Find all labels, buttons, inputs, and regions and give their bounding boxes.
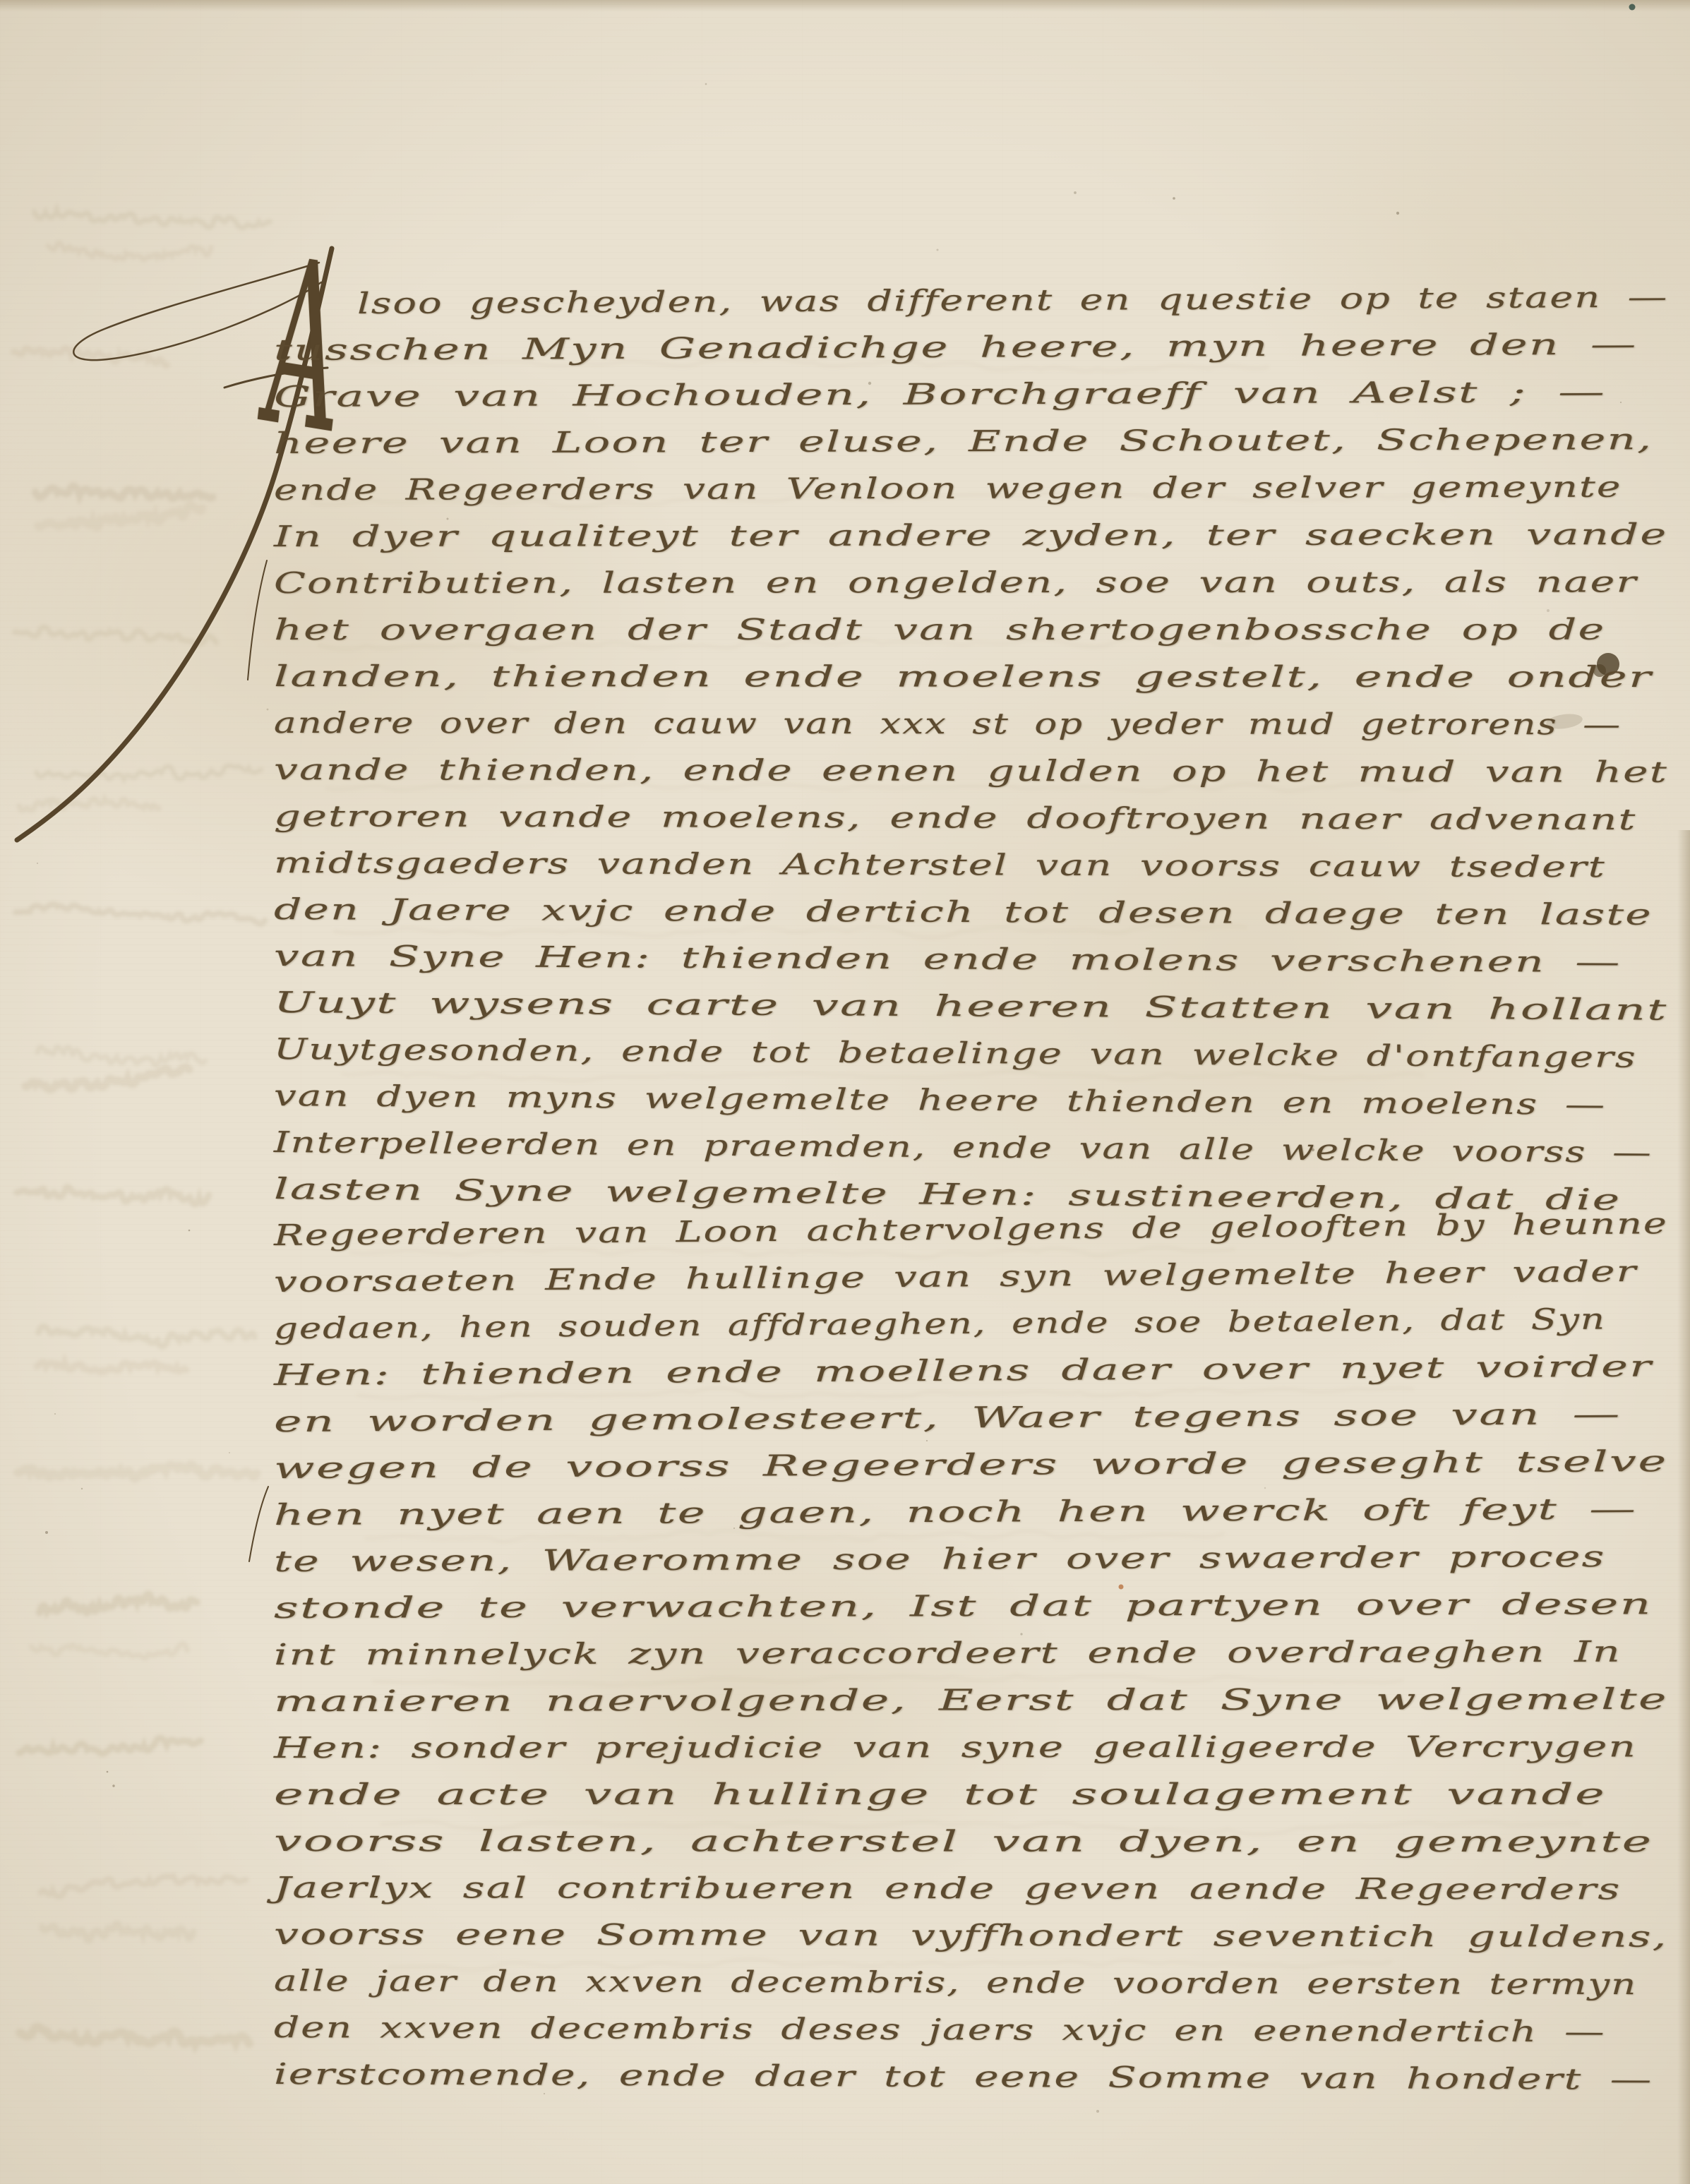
ghost-script-stroke — [37, 765, 262, 779]
paper-speck — [54, 1413, 56, 1415]
paper-speck — [267, 709, 269, 711]
manuscript-line: Hen: sonder prejudicie van syne geallige… — [274, 1724, 1212, 1771]
manuscript-line-text: stonde te verwachten, Ist dat partyen ov… — [274, 1580, 1653, 1631]
manuscript-line: voorss lasten, achterstel van dyen, en g… — [274, 1818, 1086, 1865]
leadin-flourish-1 — [248, 560, 267, 680]
manuscript-line-text: van dyen myns welgemelte heere thienden … — [274, 1072, 1607, 1128]
manuscript-line-text: ende Regeerders van Venloon wegen der se… — [274, 464, 1622, 513]
manuscript-line: ierstcomende, ende daer tot eene Somme v… — [274, 2051, 1240, 2101]
manuscript-line-text: Grave van Hochouden, Borchgraeff van Ael… — [274, 368, 1606, 420]
manuscript-line: Grave van Hochouden, Borchgraeff van Ael… — [274, 371, 1109, 420]
manuscript-line-text: en worden gemolesteert, Waer tegens soe … — [274, 1391, 1622, 1445]
ghost-script-stroke — [41, 1876, 246, 1897]
manuscript-line: vande thienden, ende eenen gulden op het… — [274, 746, 1230, 795]
manuscript-line: en worden gemolesteert, Waer tegens soe … — [274, 1393, 1103, 1445]
manuscript-line: gedaen, hen souden affdraeghen, ende soe… — [274, 1298, 1305, 1352]
manuscript-line-text: ende acte van hullinge tot soulagement v… — [274, 1771, 1606, 1818]
manuscript-line: ende acte van hullinge tot soulagement v… — [274, 1771, 1053, 1818]
manuscript-line: wegen de voorss Regeerders worde geseght… — [274, 1441, 1125, 1492]
manuscript-line: midtsgaeders vanden Achterstel van voors… — [274, 839, 1227, 889]
manuscript-line-text: den xxven decembris deses jaers xvjc en … — [274, 2004, 1606, 2055]
ghost-script-stroke — [31, 1644, 187, 1658]
manuscript-line-text: van Syne Hen: thienden ende molens versc… — [274, 932, 1622, 985]
manuscript-line: voorsaeten Ende hullinge van syn welgeme… — [274, 1251, 1237, 1305]
ghost-script-stroke — [16, 904, 265, 924]
ghost-script-stroke — [13, 348, 167, 366]
manuscript-line-text: Hen: thienden ende moellens daer over ny… — [274, 1343, 1653, 1398]
manuscript-line: van dyen myns welgemelte heere thienden … — [274, 1072, 1246, 1125]
manuscript-line: In dyer qualiteyt ter andere zyden, ter … — [274, 512, 1192, 560]
manuscript-line-text: landen, thienden ende moelens gestelt, e… — [274, 653, 1653, 700]
manuscript-line: ende Regeerders van Venloon wegen der se… — [274, 464, 1247, 513]
manuscript-line-text: Contributien, lasten en ongelden, soe va… — [274, 558, 1638, 606]
ghost-script-stroke — [35, 210, 270, 228]
ghost-script-stroke — [19, 798, 159, 810]
ghost-script-stroke — [18, 1465, 256, 1478]
paper-speck — [112, 1784, 114, 1787]
ghost-script-stroke — [42, 1924, 193, 1940]
ghost-script-stroke — [39, 1326, 255, 1347]
manuscript-line: tusschen Myn Genadichge heere, myn heere… — [274, 323, 1144, 373]
ghost-script-stroke — [19, 1738, 201, 1753]
manuscript-line-text: vande thienden, ende eenen gulden op het… — [274, 746, 1668, 796]
manuscript-line-text: Jaerlyx sal contribueren ende geven aend… — [274, 1864, 1622, 1912]
ghost-script-stroke — [38, 505, 203, 527]
paper-speck — [107, 1771, 109, 1773]
manuscript-line: van Syne Hen: thienden ende molens versc… — [274, 932, 1151, 983]
manuscript-line: te wesen, Waeromme soe hier over swaerde… — [274, 1535, 1157, 1585]
ghost-script-stroke — [20, 2027, 249, 2044]
manuscript-line: lsoo gescheyden, was different en questi… — [357, 275, 1323, 327]
manuscript-line: den xxven decembris deses jaers xvjc en … — [274, 2004, 1241, 2054]
manuscript-line: heere van Loon ter eluse, Ende Schoutet,… — [274, 417, 1181, 467]
manuscript-line: andere over den cauw van xxx st op yeder… — [274, 700, 1317, 748]
manuscript-line-text: voorss eene Somme van vyffhondert sevent… — [274, 1911, 1668, 1960]
manuscript-line: Regeerderen van Loon achtervolgens de ge… — [274, 1204, 1303, 1259]
manuscript-line: hen nyet aen te gaen, noch hen werck oft… — [274, 1488, 1127, 1538]
text-block: lsoo gescheyden, was different en questi… — [274, 0, 1690, 2184]
paper-speck — [188, 1230, 191, 1232]
manuscript-page: A lsoo gescheyden, was different en ques… — [0, 0, 1690, 2184]
manuscript-line-text: den Jaere xvjc ende dertich tot desen da… — [274, 886, 1653, 938]
manuscript-line: alle jaer den xxven decembris, ende voor… — [274, 1957, 1300, 2007]
manuscript-line-text: lsoo gescheyden, was different en questi… — [357, 274, 1669, 327]
manuscript-line: Hen: thienden ende moellens daer over ny… — [274, 1346, 1161, 1398]
manuscript-line-text: getroren vande moelens, ende dooftroyen … — [274, 793, 1637, 843]
paper-speck — [45, 1531, 48, 1534]
manuscript-line-text: hen nyet aen te gaen, noch hen werck oft… — [274, 1486, 1637, 1538]
manuscript-line-text: wegen de voorss Regeerders worde geseght… — [274, 1438, 1668, 1492]
leadin-flourish-2 — [249, 1487, 268, 1561]
manuscript-line-text: midtsgaeders vanden Achterstel van voors… — [274, 839, 1606, 890]
manuscript-line: Uuyt wysens carte van heeren Statten van… — [274, 979, 1124, 1031]
manuscript-line: voorss eene Somme van vyffhondert sevent… — [274, 1911, 1200, 1960]
manuscript-line: Contributien, lasten en ongelden, soe va… — [274, 559, 1227, 606]
manuscript-line-text: voorss lasten, achterstel van dyen, en g… — [274, 1818, 1653, 1865]
manuscript-line: Interpelleerden en praemden, ende van al… — [274, 1119, 1307, 1173]
manuscript-line-text: int minnelyck zyn veraccordeert ende ove… — [274, 1628, 1622, 1678]
manuscript-line: Jaerlyx sal contribueren ende geven aend… — [274, 1864, 1191, 1912]
ghost-script-stroke — [40, 1594, 197, 1612]
ghost-script-stroke — [25, 1067, 189, 1089]
manuscript-line-text: alle jaer den xxven decembris, ende voor… — [274, 1957, 1637, 2008]
ghost-script-stroke — [37, 1362, 186, 1372]
ghost-script-stroke — [17, 1187, 209, 1204]
manuscript-line: int minnelyck zyn veraccordeert ende ove… — [274, 1629, 1192, 1678]
manuscript-line-text: te wesen, Waeromme soe hier over swaerde… — [274, 1533, 1606, 1585]
manuscript-line: stonde te verwachten, Ist dat partyen ov… — [274, 1582, 1111, 1631]
ghost-script-stroke — [37, 1047, 205, 1065]
manuscript-line-text: gedaen, hen souden affdraeghen, ende soe… — [274, 1295, 1606, 1352]
manuscript-line: het overgaen der Stadt van shertogenboss… — [274, 606, 1156, 653]
manuscript-line-text: Uuyt wysens carte van heeren Statten van… — [274, 979, 1668, 1033]
manuscript-line: manieren naervolgende, Eerst dat Syne we… — [274, 1676, 1132, 1724]
manuscript-line-text: andere over den cauw van xxx st op yeder… — [274, 700, 1622, 748]
paper-speck — [37, 863, 38, 864]
manuscript-line: den Jaere xvjc ende dertich tot desen da… — [274, 886, 1194, 936]
manuscript-line-text: In dyer qualiteyt ter andere zyden, ter … — [274, 511, 1668, 560]
manuscript-line-text: tusschen Myn Genadichge heere, myn heere… — [274, 321, 1638, 373]
ghost-script-stroke — [15, 627, 217, 644]
manuscript-line-text: ierstcomende, ende daer tot eene Somme v… — [274, 2051, 1653, 2103]
manuscript-line-text: manieren naervolgende, Eerst dat Syne we… — [274, 1676, 1668, 1724]
paper-speck — [81, 1488, 83, 1489]
manuscript-line-text: heere van Loon ter eluse, Ende Schoutet,… — [274, 416, 1653, 467]
manuscript-line: landen, thienden ende moelens gestelt, e… — [274, 653, 1134, 700]
manuscript-line-text: Hen: sonder prejudicie van syne geallige… — [274, 1723, 1637, 1771]
ghost-script-stroke — [35, 486, 212, 498]
manuscript-line: Uuytgesonden, ende tot betaelinge van we… — [274, 1026, 1272, 1079]
manuscript-line: getroren vande moelens, ende dooftroyen … — [274, 793, 1221, 842]
manuscript-line-text: het overgaen der Stadt van shertogenboss… — [274, 606, 1605, 653]
ghost-script-stroke — [48, 243, 211, 260]
manuscript-line-text: Uuytgesonden, ende tot betaelinge van we… — [274, 1026, 1637, 1081]
paper-speck — [229, 1452, 230, 1453]
